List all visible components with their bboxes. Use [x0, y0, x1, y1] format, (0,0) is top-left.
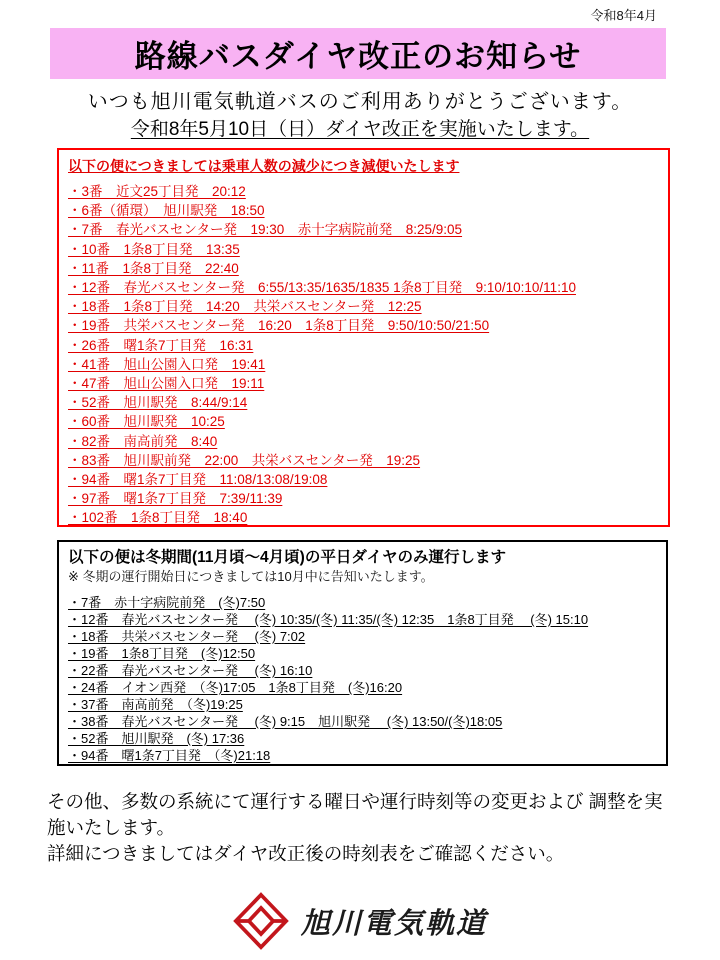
reduction-heading: 以下の便につきましては乗車人数の減少につき減便いたします [68, 156, 659, 177]
winter-list: ・7番 赤十字病院前発 (冬)7:50・12番 春光バスセンター発 (冬) 10… [68, 594, 657, 764]
list-item: ・19番 1条8丁目発 (冬)12:50 [68, 645, 657, 662]
list-item: ・94番 曙1条7丁目発 （冬)21:18 [68, 747, 657, 764]
list-item: ・52番 旭川駅発 (冬) 17:36 [68, 730, 657, 747]
list-item: ・18番 共栄バスセンター発 (冬) 7:02 [68, 628, 657, 645]
reduction-notice-box: 以下の便につきましては乗車人数の減少につき減便いたします ・3番 近文25丁目発… [57, 148, 670, 527]
list-item: ・7番 春光バスセンター発 19:30 赤十字病院前発 8:25/9:05 [68, 220, 659, 239]
list-item: ・7番 赤十字病院前発 (冬)7:50 [68, 594, 657, 611]
list-item: ・82番 南高前発 8:40 [68, 432, 659, 451]
list-item: ・52番 旭川駅発 8:44/9:14 [68, 393, 659, 412]
list-item: ・24番 イオン西発 （冬)17:05 1条8丁目発 (冬)16:20 [68, 679, 657, 696]
footer-line-2: 詳細につきましてはダイヤ改正後の時刻表をご確認ください。 [47, 841, 675, 867]
list-item: ・26番 曙1条7丁目発 16:31 [68, 336, 659, 355]
list-item: ・38番 春光バスセンター発 (冬) 9:15 旭川駅発 (冬) 13:50/(… [68, 713, 657, 730]
list-item: ・60番 旭川駅発 10:25 [68, 412, 659, 431]
winter-note: ※ 冬期の運行開始日につきましては10月中に告知いたします。 [68, 568, 657, 586]
company-name: 旭川電気軌道 [301, 901, 487, 942]
list-item: ・41番 旭山公園入口発 19:41 [68, 355, 659, 374]
list-item: ・12番 春光バスセンター発 (冬) 10:35/(冬) 11:35/(冬) 1… [68, 611, 657, 628]
reduction-list: ・3番 近文25丁目発 20:12・6番（循環） 旭川駅発 18:50・7番 春… [68, 182, 659, 528]
list-item: ・83番 旭川駅前発 22:00 共栄バスセンター発 19:25 [68, 451, 659, 470]
page-title: 路線バスダイヤ改正のお知らせ [135, 31, 581, 76]
list-item: ・47番 旭山公園入口発 19:11 [68, 374, 659, 393]
list-item: ・11番 1条8丁目発 22:40 [68, 259, 659, 278]
diamond-logo-icon [233, 892, 289, 950]
company-logo: 旭川電気軌道 [0, 892, 720, 950]
list-item: ・6番（循環） 旭川駅発 18:50 [68, 201, 659, 220]
list-item: ・3番 近文25丁目発 20:12 [68, 182, 659, 201]
list-item: ・37番 南高前発 （冬)19:25 [68, 696, 657, 713]
list-item: ・94番 曙1条7丁目発 11:08/13:08/19:08 [68, 470, 659, 489]
revision-date-text: 令和8年5月10日（日）ダイヤ改正を実施いたします。 [0, 114, 720, 141]
title-banner: 路線バスダイヤ改正のお知らせ [50, 28, 666, 79]
list-item: ・18番 1条8丁目発 14:20 共栄バスセンター発 12:25 [68, 297, 659, 316]
list-item: ・97番 曙1条7丁目発 7:39/11:39 [68, 489, 659, 508]
list-item: ・19番 共栄バスセンター発 16:20 1条8丁目発 9:50/10:50/2… [68, 316, 659, 335]
date-label: 令和8年4月 [591, 5, 657, 24]
footer-note: その他、多数の系統にて運行する曜日や運行時刻等の変更および 調整を実施いたします… [47, 789, 675, 867]
footer-line-1: その他、多数の系統にて運行する曜日や運行時刻等の変更および 調整を実施いたします… [47, 791, 663, 838]
greeting-text: いつも旭川電気軌道バスのご利用ありがとうございます。 [0, 85, 720, 114]
list-item: ・22番 春光バスセンター発 (冬) 16:10 [68, 662, 657, 679]
list-item: ・102番 1条8丁目発 18:40 [68, 508, 659, 527]
winter-schedule-box: 以下の便は冬期間(11月頃～4月頃)の平日ダイヤのみ運行します ※ 冬期の運行開… [57, 540, 668, 766]
list-item: ・10番 1条8丁目発 13:35 [68, 240, 659, 259]
list-item: ・12番 春光バスセンター発 6:55/13:35/1635/1835 1条8丁… [68, 278, 659, 297]
winter-heading: 以下の便は冬期間(11月頃～4月頃)の平日ダイヤのみ運行します [68, 547, 657, 568]
